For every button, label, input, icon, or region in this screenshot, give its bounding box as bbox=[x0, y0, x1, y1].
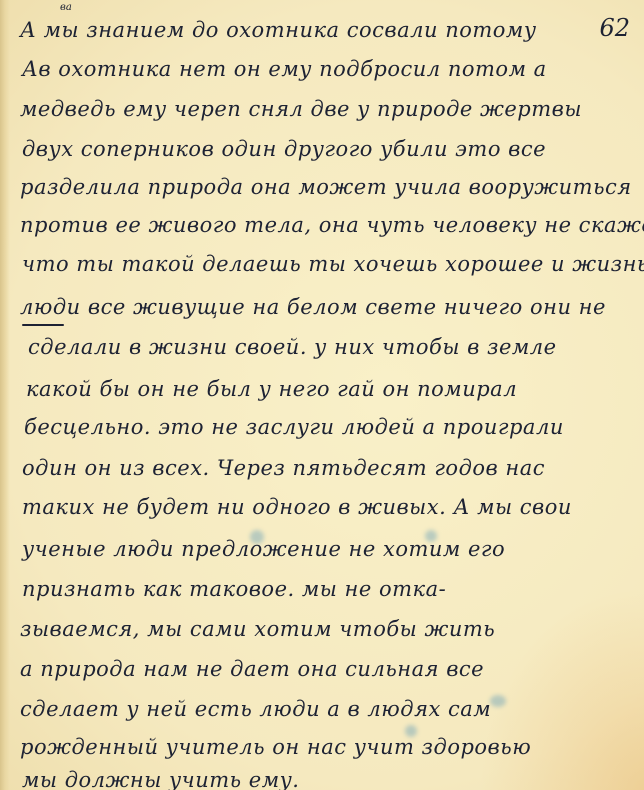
text-line: разделила природа она может учила вооруж… bbox=[20, 175, 632, 199]
text-line: мы должны учить ему. bbox=[22, 768, 299, 790]
text-line: ученые люди предложение не хотим его bbox=[22, 537, 505, 561]
text-line: а природа нам не дает она сильная все bbox=[20, 657, 484, 681]
text-line: признать как таковое. мы не отка- bbox=[22, 577, 446, 601]
text-line: Ав охотника нет он ему подбросил потом а bbox=[22, 57, 547, 81]
text-line: сделает у ней есть люди а в людях сам bbox=[20, 697, 491, 721]
text-line: против ее живого тела, она чуть человеку… bbox=[20, 213, 644, 237]
page-binding-edge bbox=[0, 0, 10, 790]
text-line: один он из всех. Через пятьдесят годов н… bbox=[22, 456, 545, 480]
insertion-note: ва bbox=[60, 2, 72, 13]
text-line: люди все живущие на белом свете ничего о… bbox=[20, 295, 606, 319]
text-line: А мы знанием до охотника сосвали потому bbox=[20, 18, 537, 42]
text-line: бесцельно. это не заслуги людей а проигр… bbox=[24, 415, 564, 439]
ink-stain bbox=[490, 695, 506, 707]
text-line: двух соперников один другого убили это в… bbox=[22, 137, 546, 161]
text-line: рожденный учитель он нас учит здоровью bbox=[20, 735, 531, 759]
text-line: что ты такой делаешь ты хочешь хорошее и… bbox=[22, 252, 644, 276]
text-line: какой бы он не был у него гай он помирал bbox=[26, 377, 517, 401]
page-number: 62 bbox=[599, 14, 630, 42]
text-line: таких не будет ни одного в живых. А мы с… bbox=[22, 495, 572, 519]
text-line: сделали в жизни своей. у них чтобы в зем… bbox=[28, 335, 557, 359]
text-line: зываемся, мы сами хотим чтобы жить bbox=[20, 617, 495, 641]
manuscript-page: ва 62 А мы знанием до охотника сосвали п… bbox=[0, 0, 644, 790]
underline bbox=[22, 324, 64, 326]
text-line: медведь ему череп снял две у природе жер… bbox=[20, 97, 582, 121]
